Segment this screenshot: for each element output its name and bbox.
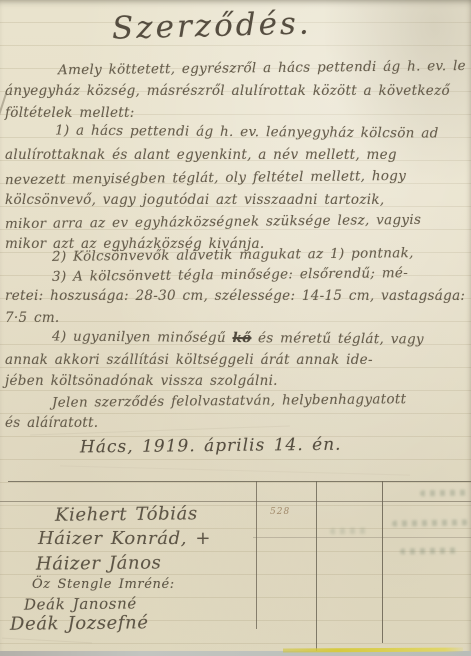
paper-wrinkle <box>60 465 410 475</box>
signature: Deák Jozsefné <box>10 612 149 634</box>
paragraph-line: annak akkori szállítási költséggeli árát… <box>5 352 373 368</box>
paragraph-line: ányegyház község, másrészről alulírottak… <box>5 83 450 99</box>
paragraph-line: 3) A kölcsönvett tégla minősége: elsőren… <box>52 265 408 285</box>
paragraph-line: kölcsönvevő, vagy jogutódai azt visszaad… <box>5 192 384 208</box>
bleed-through-ghost-text <box>400 547 460 554</box>
paragraph-text: 4) ugyanilyen minőségű <box>52 329 233 346</box>
table-rule-top <box>8 481 471 482</box>
paragraph-line: Amely köttetett, egyrészről a hács pette… <box>58 58 471 78</box>
scanned-contract-page: Szerződés. Amely köttetett, egyrészről a… <box>0 0 471 653</box>
paragraph-line: 4) ugyanilyen minőségű kő és méretű tégl… <box>52 329 424 348</box>
table-rule-second <box>0 501 471 502</box>
paragraph-line: 2) Kölcsönvevők alávetik magukat az 1) p… <box>52 245 414 265</box>
bleed-through-ghost-text <box>392 519 468 526</box>
paragraph-line: Jelen szerződés felolvastatván, helybenh… <box>52 391 406 411</box>
signature: Öz Stengle Imréné: <box>32 577 175 592</box>
paragraph-line: retei: hoszusága: 28-30 cm, szélessége: … <box>5 288 465 304</box>
paragraph-line: jében költsönadónak vissza szolgálni. <box>5 373 278 389</box>
paragraph-line: föltételek mellett: <box>5 105 135 121</box>
bleed-through-ghost-text <box>420 490 468 497</box>
signature: Deák Janosné <box>24 594 137 613</box>
table-column-line <box>256 481 257 629</box>
signature: Háizer Konrád, + <box>38 528 211 549</box>
signature: Háizer János <box>36 552 162 574</box>
table-rule-faint <box>253 537 471 538</box>
paragraph-line: nevezett menyiségben téglát, oly feltéte… <box>5 168 406 188</box>
paragraph-line: alulírottaknak és alant egyenkint, a név… <box>5 147 397 163</box>
paragraph-line: 7·5 cm. <box>5 310 60 326</box>
paragraph-text: és méretű téglát, vagy <box>251 330 424 347</box>
signature: Kiehert Tóbiás <box>55 503 198 525</box>
paper-wrinkle <box>2 638 92 644</box>
paragraph-line: mikor arra az ev egyházközségnek szükség… <box>5 212 421 232</box>
table-column-line <box>316 481 317 653</box>
date-line: Hács, 1919. április 14. én. <box>80 435 342 458</box>
paragraph-line: 1) a hács pettendi ág h. ev. leányegyház… <box>55 122 439 141</box>
table-column-line <box>382 481 383 643</box>
document-title: Szerződés. <box>112 5 313 46</box>
crossed-out-word: kő <box>232 330 251 346</box>
bleed-through-ghost-text <box>330 528 370 535</box>
paragraph-line: és aláíratott. <box>5 415 98 431</box>
registry-number: 528 <box>270 507 290 517</box>
